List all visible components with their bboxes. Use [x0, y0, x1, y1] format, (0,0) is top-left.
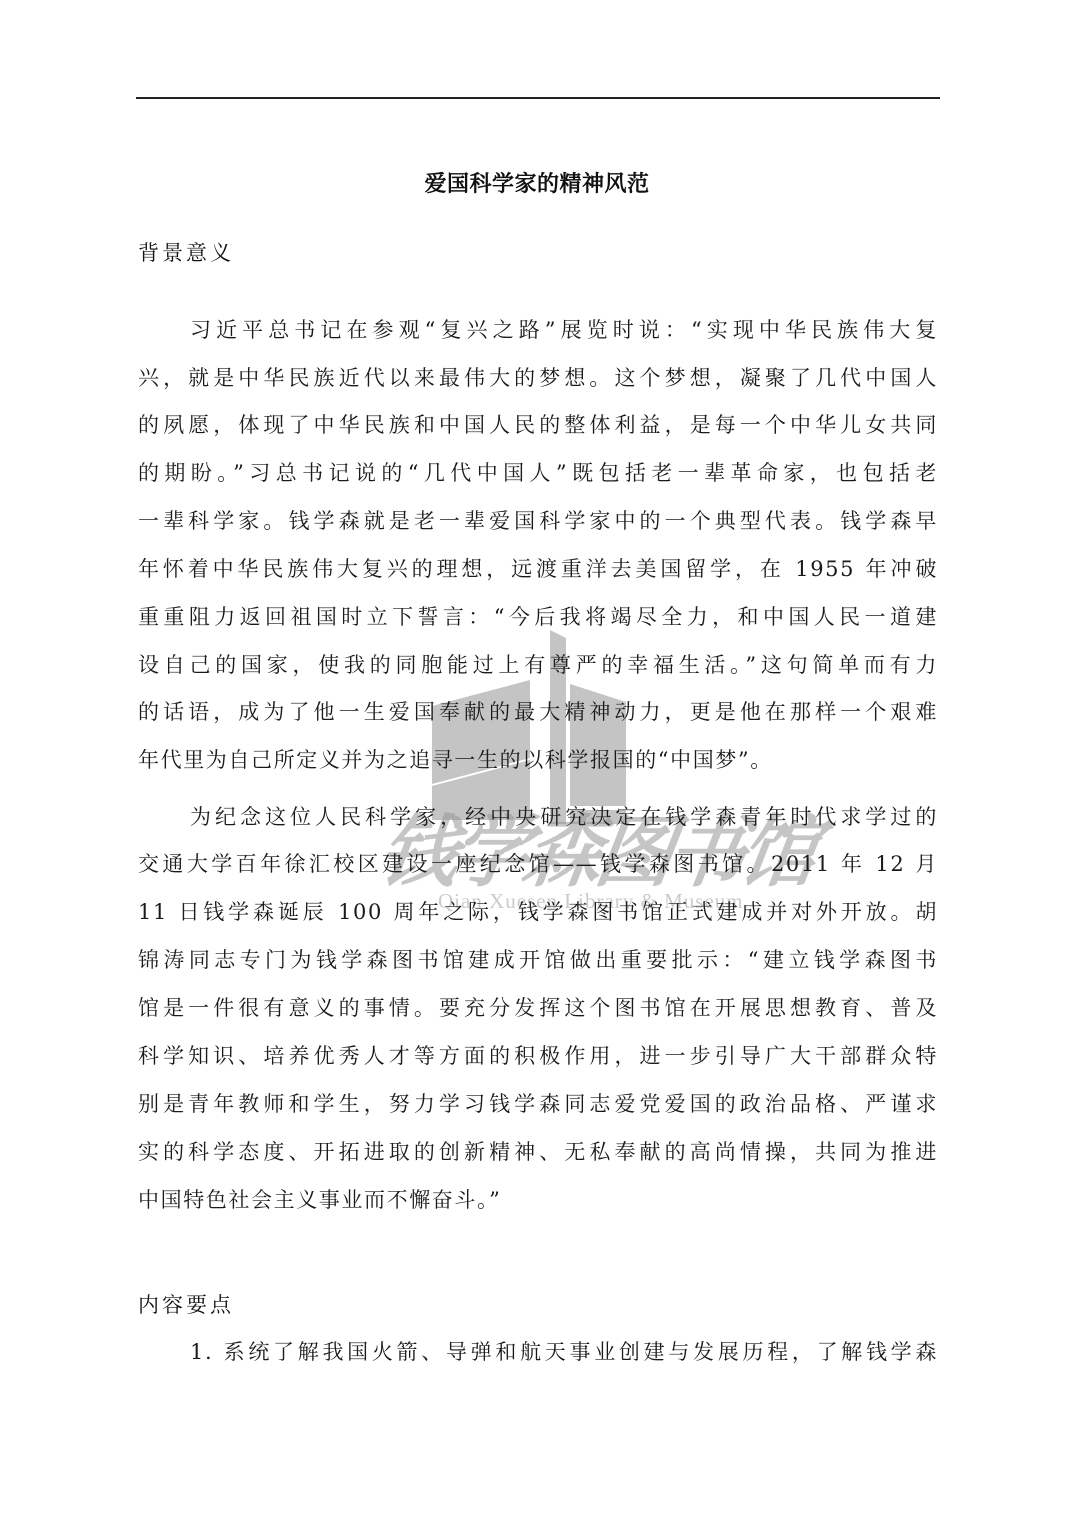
paragraph-line: 的话语，成为了他一生爱国奉献的最大精神动力，更是他在那样一个艰难: [138, 697, 938, 727]
section-heading-background: 背景意义: [138, 238, 234, 268]
paragraph-line: 一辈科学家。钱学森就是老一辈爱国科学家中的一个典型代表。钱学森早: [138, 506, 938, 536]
paragraph-line: 11 日钱学森诞辰 100 周年之际，钱学森图书馆正式建成并对外开放。胡: [138, 897, 938, 927]
paragraph-line: 年怀着中华民族伟大复兴的理想，远渡重洋去美国留学，在 1955 年冲破: [138, 554, 938, 584]
paragraph-line: 的期盼。”习总书记说的“几代中国人”既包括老一辈革命家，也包括老: [138, 458, 938, 488]
document-title: 爱国科学家的精神风范: [0, 170, 1074, 200]
list-item: 1. 系统了解我国火箭、导弹和航天事业创建与发展历程，了解钱学森: [190, 1337, 938, 1367]
paragraph-line: 别是青年教师和学生，努力学习钱学森同志爱党爱国的政治品格、严谨求: [138, 1089, 938, 1119]
paragraph-line: 设自己的国家，使我的同胞能过上有尊严的幸福生活。”这句简单而有力: [138, 650, 938, 680]
paragraph-line: 为纪念这位人民科学家，经中央研究决定在钱学森青年时代求学过的: [190, 802, 938, 832]
paragraph-line: 的夙愿，体现了中华民族和中国人民的整体利益，是每一个中华儿女共同: [138, 410, 938, 440]
document-page: 爱国科学家的精神风范 背景意义 习近平总书记在参观“复兴之路”展览时说：“实现中…: [0, 0, 1074, 1520]
paragraph-line: 年代里为自己所定义并为之追寻一生的以科学报国的“中国梦”。: [138, 745, 938, 775]
paragraph-line: 重重阻力返回祖国时立下誓言：“今后我将竭尽全力，和中国人民一道建: [138, 602, 938, 632]
section-heading-key-points: 内容要点: [138, 1290, 234, 1320]
paragraph-line: 实的科学态度、开拓进取的创新精神、无私奉献的高尚情操，共同为推进: [138, 1137, 938, 1167]
paragraph-line: 锦涛同志专门为钱学森图书馆建成开馆做出重要批示：“建立钱学森图书: [138, 945, 938, 975]
paragraph-line: 兴，就是中华民族近代以来最伟大的梦想。这个梦想，凝聚了几代中国人: [138, 363, 938, 393]
paragraph-line: 交通大学百年徐汇校区建设一座纪念馆——钱学森图书馆。2011 年 12 月: [138, 849, 938, 879]
header-rule: [136, 97, 940, 99]
paragraph-line: 科学知识、培养优秀人才等方面的积极作用，进一步引导广大干部群众特: [138, 1041, 938, 1071]
paragraph-line: 习近平总书记在参观“复兴之路”展览时说：“实现中华民族伟大复: [190, 315, 938, 345]
paragraph-line: 中国特色社会主义事业而不懈奋斗。”: [138, 1185, 938, 1215]
paragraph-line: 馆是一件很有意义的事情。要充分发挥这个图书馆在开展思想教育、普及: [138, 993, 938, 1023]
